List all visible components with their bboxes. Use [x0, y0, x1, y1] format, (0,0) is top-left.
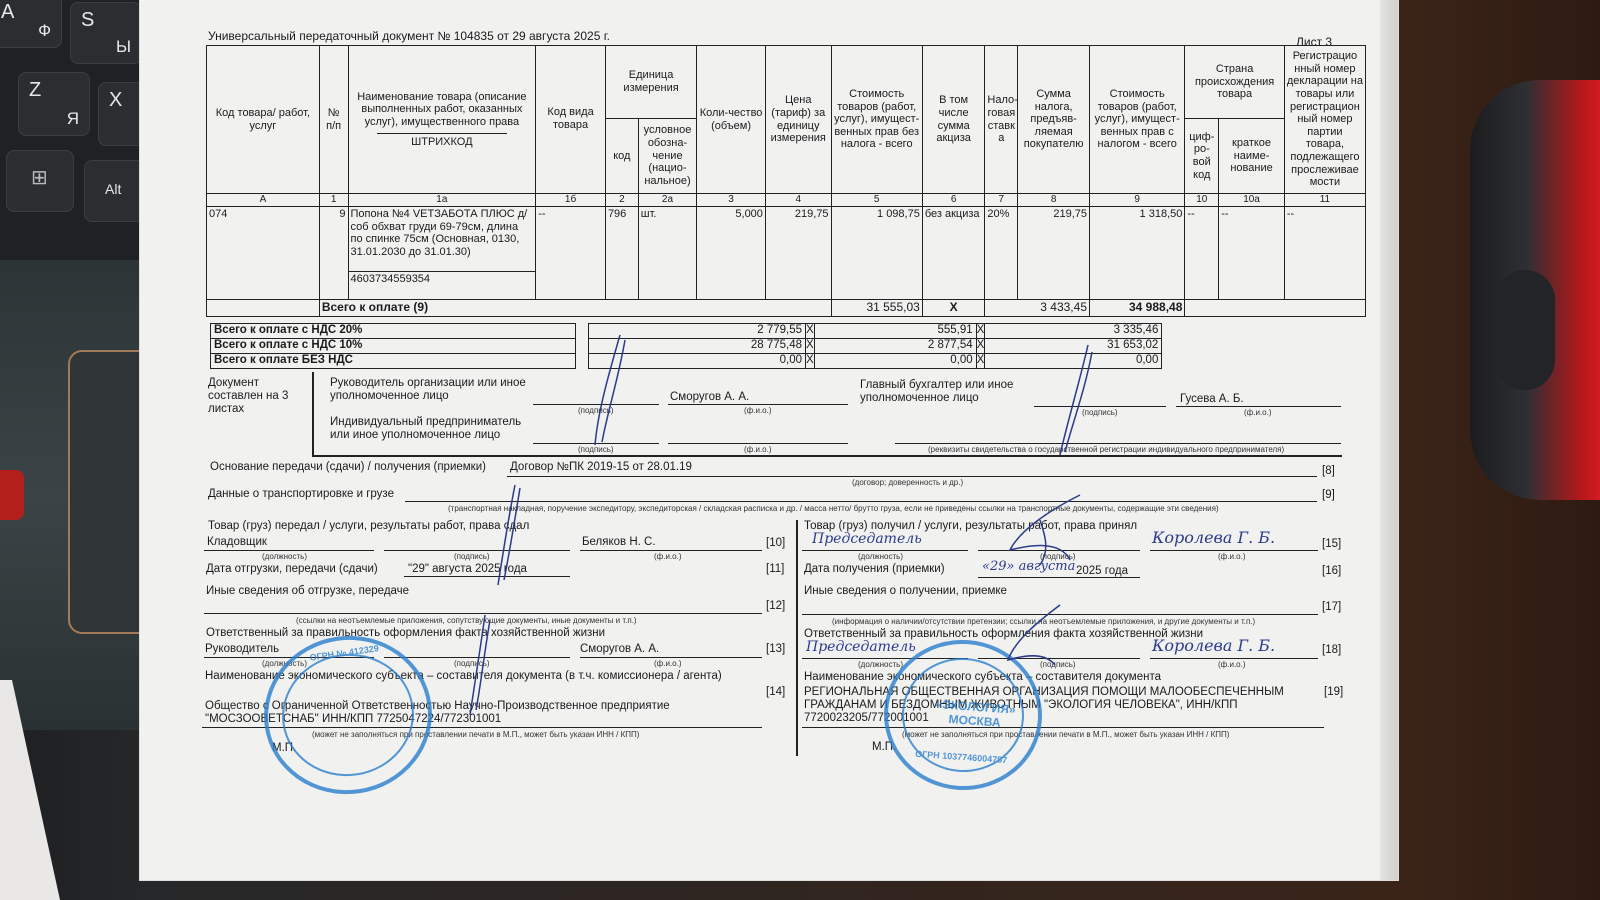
- divider: [377, 133, 507, 134]
- caption-fio: (ф.и.о.): [654, 659, 682, 668]
- ref-18: [18]: [1322, 644, 1341, 657]
- upd-document: Универсальный передаточный документ № 10…: [0, 0, 1600, 900]
- caption-fio: (ф.и.о.): [1218, 552, 1246, 561]
- name-line: [1150, 550, 1318, 551]
- vat-breakdown-table: Всего к оплате с НДС 20% 2 779,55 X 555,…: [210, 323, 1162, 369]
- seller-other-label: Иные сведения об отгрузке, передаче: [206, 585, 409, 598]
- seller-name: Беляков Н. С.: [582, 536, 656, 549]
- ship-date-label: Дата отгрузки, передачи (сдачи): [206, 563, 378, 576]
- vat-row-20: Всего к оплате с НДС 20% 2 779,55 X 555,…: [211, 324, 1162, 339]
- col-header-name-label: Наименование товара (описание выполненны…: [351, 91, 534, 129]
- seller-responsible-position: Руководитель: [205, 643, 279, 656]
- buyer-position-handwritten: Председатель: [812, 531, 922, 547]
- header-row: Код товара/ работ, услуг № п/п Наименова…: [207, 46, 1366, 119]
- head-label: Руководитель организации или иное уполно…: [330, 377, 530, 403]
- vat-x: X: [976, 354, 985, 369]
- total-blank: [207, 300, 320, 317]
- signature-scribble: [1000, 600, 1070, 670]
- name-line: [580, 657, 762, 658]
- date-line: [404, 576, 570, 577]
- signature-line: [384, 550, 570, 551]
- signature-scribble: [490, 480, 530, 590]
- chief-accountant-name: Гусева А. Б.: [1180, 393, 1244, 406]
- name-line: [668, 443, 848, 444]
- cell-excise: без акциза: [922, 207, 985, 300]
- divider: [312, 372, 314, 456]
- divider: [312, 455, 1342, 457]
- cell-kind-code: --: [536, 207, 606, 300]
- buyer-responsible-position-handwritten: Председатель: [806, 639, 916, 655]
- col-header-name: Наименование товара (описание выполненны…: [348, 46, 536, 194]
- buyer-responsible-name-handwritten: Королева Г. Б.: [1152, 637, 1275, 655]
- col-header-unit-symbol: условное обозна-чение (нацио-нальное): [638, 119, 696, 194]
- ref-8: [8]: [1322, 465, 1335, 478]
- cell-unit-code: 796: [605, 207, 638, 300]
- seller-position: Кладовщик: [207, 536, 267, 549]
- ip-label: Индивидуальный предприниматель или иное …: [330, 416, 530, 442]
- buyer-entity-name: РЕГИОНАЛЬНАЯ ОБЩЕСТВЕННАЯ ОРГАНИЗАЦИЯ ПО…: [804, 686, 1309, 726]
- col-header-qty: Коли-чество (объем): [697, 46, 766, 194]
- col-header-price: Цена (тариф) за единицу измерения: [765, 46, 831, 194]
- vat-x: X: [976, 339, 985, 354]
- cell-reg-number: --: [1284, 207, 1365, 300]
- total-label: Всего к оплате (9): [319, 300, 831, 317]
- caption-position: (должность): [858, 552, 903, 561]
- basis-caption: (договор; доверенность и др.): [852, 478, 963, 487]
- product-barcode: 4603734559354: [349, 271, 536, 287]
- col-number: 4: [765, 194, 831, 207]
- total-excise: X: [922, 300, 985, 317]
- ref-10: [10]: [766, 537, 785, 550]
- caption-fio: (ф.и.о.): [1244, 408, 1272, 417]
- total-cost-with-tax: 34 988,48: [1090, 300, 1185, 317]
- vat-total: 3 335,46: [985, 324, 1162, 339]
- col-number: 10а: [1219, 194, 1285, 207]
- col-header-unit: Единица измерения: [605, 46, 696, 119]
- cell-qty: 5,000: [697, 207, 766, 300]
- basis-label: Основание передачи (сдачи) / получения (…: [210, 461, 486, 474]
- vat-x: X: [806, 339, 815, 354]
- name-line: [1150, 658, 1318, 659]
- seller-responsible-name: Сморугов А. А.: [580, 643, 659, 656]
- caption-fio: (ф.и.о.): [744, 406, 772, 415]
- col-number: 9: [1090, 194, 1185, 207]
- col-number: 1б: [536, 194, 606, 207]
- cell-price: 219,75: [765, 207, 831, 300]
- transport-caption: (транспортная накладная, поручение экспе…: [448, 504, 1219, 513]
- seller-handed-label: Товар (груз) передал / услуги, результат…: [208, 520, 529, 533]
- stamp-inner-ring: [274, 645, 422, 784]
- entity-line: [802, 727, 1324, 728]
- spacer: [576, 339, 589, 354]
- vat-label: Всего к оплате с НДС 20%: [211, 324, 576, 339]
- cell-unit-symbol: шт.: [638, 207, 696, 300]
- vat-row-10: Всего к оплате с НДС 10% 28 775,48 X 2 8…: [211, 339, 1162, 354]
- col-number: 11: [1284, 194, 1365, 207]
- ref-12: [12]: [766, 600, 785, 613]
- total-blank: [985, 300, 1018, 317]
- transport-label: Данные о транспортировке и грузе: [208, 488, 394, 501]
- buyer-name-handwritten: Королева Г. Б.: [1152, 529, 1275, 547]
- col-number: 1а: [348, 194, 536, 207]
- signature-scribble: [460, 610, 500, 720]
- recv-date-label: Дата получения (приемки): [804, 563, 945, 576]
- vat-x: X: [806, 354, 815, 369]
- col-header-code: Код товара/ работ, услуг: [207, 46, 320, 194]
- transport-line: [405, 501, 1317, 502]
- col-header-cost-no-tax: Стоимость товаров (работ, услуг), имущес…: [831, 46, 922, 194]
- col-header-cost-with-tax: Стоимость товаров (работ, услуг), имущес…: [1090, 46, 1185, 194]
- spacer: [576, 354, 589, 369]
- total-row: Всего к оплате (9) 31 555,03 X 3 433,45 …: [207, 300, 1366, 317]
- ref-17: [17]: [1322, 601, 1341, 614]
- col-number: 2: [605, 194, 638, 207]
- caption-signature: (подпись): [454, 552, 490, 561]
- caption-position: (должность): [858, 660, 903, 669]
- col-number: 1: [319, 194, 348, 207]
- table-row: 074 9 Попона №4 VETЗАБОТА ПЛЮС д/соб обх…: [207, 207, 1366, 300]
- goods-table: Код товара/ работ, услуг № п/п Наименова…: [206, 45, 1366, 317]
- cell-num: 9: [319, 207, 348, 300]
- cell-country-name: --: [1219, 207, 1285, 300]
- total-cost-no-tax: 31 555,03: [831, 300, 922, 317]
- cell-tax-rate: 20%: [985, 207, 1018, 300]
- col-header-tax-sum: Сумма налога, предъяв-ляемая покупателю: [1018, 46, 1090, 194]
- total-tax-sum: 3 433,45: [1018, 300, 1090, 317]
- col-header-kind-code: Код вида товара: [536, 46, 606, 194]
- caption-fio: (ф.и.о.): [744, 445, 772, 454]
- basis-value: Договор №ПК 2019-15 от 28.01.19: [510, 461, 692, 474]
- ref-9: [9]: [1322, 489, 1335, 502]
- name-line: [580, 550, 762, 551]
- seller-stamp: ОГРН № 412329: [254, 625, 442, 805]
- caption-position: (должность): [262, 552, 307, 561]
- ref-11: [11]: [766, 563, 784, 576]
- cell-name: Попона №4 VETЗАБОТА ПЛЮС д/соб обхват гр…: [348, 207, 536, 300]
- signature-scribble: [1000, 490, 1090, 570]
- col-number: 3: [697, 194, 766, 207]
- col-header-barcode: ШТРИХКОД: [351, 136, 534, 149]
- basis-line: [507, 476, 1317, 477]
- cell-cost-no-tax: 1 098,75: [831, 207, 922, 300]
- signature-scribble: [590, 330, 640, 450]
- cell-cost-with-tax: 1 318,50: [1090, 207, 1185, 300]
- chief-accountant-label: Главный бухгалтер или иное уполномоченно…: [860, 379, 1035, 405]
- vat-label: Всего к оплате с НДС 10%: [211, 339, 576, 354]
- ref-13: [13]: [766, 643, 785, 656]
- col-header-excise: В том числе сумма акциза: [922, 46, 985, 194]
- col-number: 6: [922, 194, 985, 207]
- cell-code: 074: [207, 207, 320, 300]
- vat-row-none: Всего к оплате БЕЗ НДС 0,00 X 0,00 X 0,0…: [211, 354, 1162, 369]
- col-number: 10: [1185, 194, 1219, 207]
- ref-14: [14]: [766, 686, 785, 699]
- col-header-unit-code: код: [605, 119, 638, 194]
- col-number: 5: [831, 194, 922, 207]
- cell-country-code: --: [1185, 207, 1219, 300]
- vat-tax: 0,00: [814, 354, 976, 369]
- column-number-row: А 1 1а 1б 2 2а 3 4 5 6 7 8 9 10 10а 11: [207, 194, 1366, 207]
- ref-16: [16]: [1322, 565, 1341, 578]
- col-number: 7: [985, 194, 1018, 207]
- vat-label: Всего к оплате БЕЗ НДС: [211, 354, 576, 369]
- vat-x: X: [806, 324, 815, 339]
- ref-15: [15]: [1322, 538, 1341, 551]
- col-number: 8: [1018, 194, 1090, 207]
- date-line: [978, 577, 1140, 578]
- cell-tax-sum: 219,75: [1018, 207, 1090, 300]
- product-name: Попона №4 VETЗАБОТА ПЛЮС д/соб обхват гр…: [349, 207, 536, 271]
- ref-19: [19]: [1324, 686, 1343, 699]
- document-title: Универсальный передаточный документ № 10…: [208, 30, 610, 44]
- col-number: 2а: [638, 194, 696, 207]
- document-pages-note: Документ составлен на 3 листах: [208, 377, 308, 417]
- col-header-country-name: краткое наиме-нование: [1219, 119, 1285, 194]
- col-number: А: [207, 194, 320, 207]
- col-header-tax-rate: Нало-говая ставк а: [985, 46, 1018, 194]
- seller-responsible-label: Ответственный за правильность оформления…: [206, 627, 605, 640]
- requisites-line: [895, 443, 1341, 444]
- head-name: Сморугов А. А.: [670, 391, 749, 404]
- col-header-country: Страна происхождения товара: [1185, 46, 1284, 119]
- signature-scribble: [1050, 340, 1100, 460]
- caption-fio: (ф.и.о.): [1218, 660, 1246, 669]
- vat-x: X: [976, 324, 985, 339]
- col-header-num: № п/п: [319, 46, 348, 194]
- position-line: [204, 550, 374, 551]
- total-blank: [1185, 300, 1366, 317]
- caption-fio: (ф.и.о.): [654, 552, 682, 561]
- col-header-country-code: циф-ро-вой код: [1185, 119, 1219, 194]
- vat-tax: 555,91: [814, 324, 976, 339]
- section-divider: [796, 520, 798, 756]
- spacer: [576, 324, 589, 339]
- col-header-reg-number: Регистрацио нный номер декларации на тов…: [1284, 46, 1365, 194]
- caption-ip-requisites: (реквизиты свидетельства о государственн…: [928, 445, 1284, 454]
- position-line: [802, 550, 968, 551]
- buyer-other-label: Иные сведения о получении, приемке: [804, 585, 1007, 598]
- vat-tax: 2 877,54: [814, 339, 976, 354]
